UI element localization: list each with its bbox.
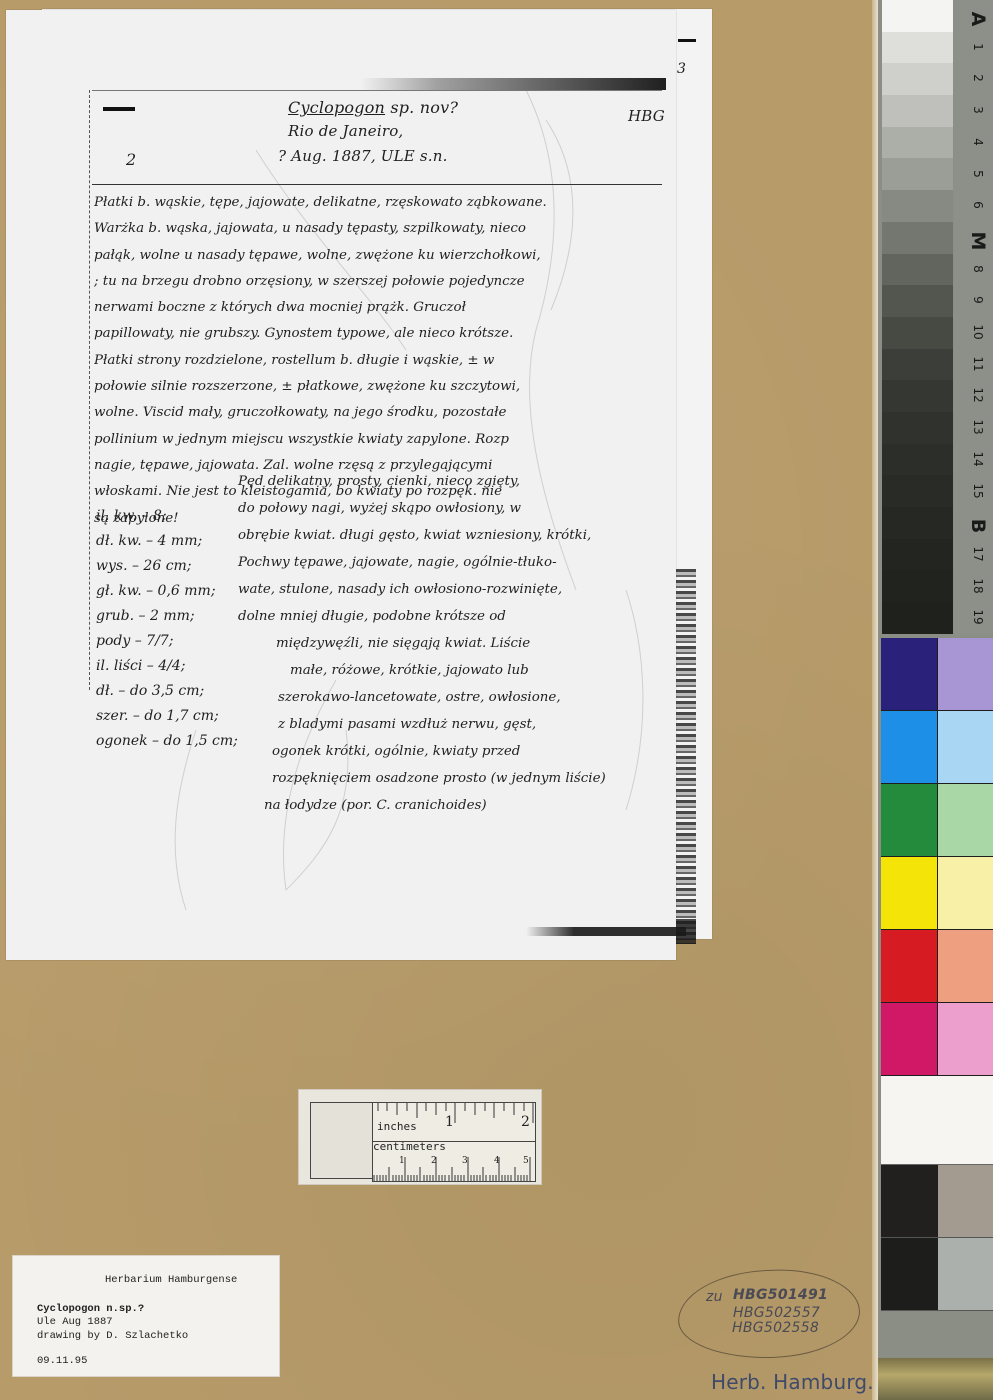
rule-line [92, 90, 662, 91]
text-line: wolne. Viscid mały, gruczołkowaty, na je… [94, 400, 679, 426]
text-line: ; tu na brzegu drobno orzęsiony, w szers… [94, 269, 679, 295]
scale-index-label: 17 [971, 542, 985, 566]
scale-index-label: 4 [971, 130, 985, 154]
measurement: il. liści – 4/4; [96, 654, 238, 679]
page-number: 2 [126, 150, 136, 169]
color-swatch [881, 1238, 938, 1310]
color-swatch [938, 711, 993, 783]
color-swatch [938, 638, 993, 710]
text-line: Pochwy tępawe, jajowate, nagie, ogólnie-… [238, 549, 678, 576]
gray-step [882, 507, 953, 539]
measurement: dł. – do 3,5 cm; [96, 679, 238, 704]
text-line: papillowaty, nie grubszy. Gynostem typow… [94, 321, 679, 347]
margin-line [89, 90, 91, 690]
color-swatch [938, 857, 993, 929]
toner-smear [361, 78, 666, 90]
inch-tick-label: 2 [521, 1114, 530, 1130]
text-line: dolne mniej długie, podobne krótsze od [238, 603, 678, 630]
gray-step [882, 570, 953, 602]
scale-index-label: 18 [971, 574, 985, 598]
swatch-row [881, 1165, 993, 1238]
text-line: małe, różowe, krótkie, jajowato lub [238, 657, 678, 684]
color-calibration-target: A123456M89101112131415B171819 [878, 0, 993, 1400]
measurement: wys. – 26 cm; [96, 554, 238, 579]
barcode-reference: HBG501491 [733, 1287, 828, 1303]
scale-index-label: 14 [971, 447, 985, 471]
scale-index-label: 8 [971, 257, 985, 281]
swatch-row [881, 1003, 993, 1076]
collection-date: ? Aug. 1887, ULE s.n. [278, 147, 448, 165]
ruler-scale: inches 1 2 centimeters 1 2 3 4 5 [372, 1102, 536, 1182]
scale-index-label: 10 [971, 320, 985, 344]
measurement: dł. kw. – 4 mm; [96, 529, 238, 554]
scale-index-label: 1 [971, 35, 985, 59]
scale-index-label: 9 [971, 288, 985, 312]
text-line: międzywęźli, nie sięgają kwiat. Liście [238, 630, 678, 657]
scale-index-label: A [967, 7, 989, 31]
species-epithet: sp. nov? [385, 98, 458, 117]
color-swatches [881, 638, 993, 1311]
color-swatch [881, 857, 938, 929]
scale-index-label: 13 [971, 415, 985, 439]
color-swatch [881, 1165, 938, 1237]
barcode-reference: HBG502558 [732, 1320, 819, 1336]
scale-index-label: 19 [971, 605, 985, 629]
gray-step [882, 475, 953, 507]
drawing-credit: drawing by D. Szlachetko [37, 1330, 188, 1342]
measurement: pody – 7/7; [96, 629, 238, 654]
collector-date: Ule Aug 1887 [37, 1316, 113, 1328]
gray-step [882, 539, 953, 571]
page-number: 3 [677, 61, 686, 77]
taxon-name: Cyclopogon n.sp.? [37, 1303, 144, 1315]
text-line: obrębie kwiat. długi gęsto, kwiat wznies… [238, 522, 678, 549]
herbarium-sheet: 3 Cyclopogon sp. nov? Rio de Janeiro, ? … [0, 0, 878, 1400]
gray-step [882, 0, 953, 32]
herbarium-label: Herbarium Hamburgense Cyclopogon n.sp.? … [12, 1255, 280, 1377]
gray-step [882, 158, 953, 190]
photocopy-page-front: Cyclopogon sp. nov? Rio de Janeiro, ? Au… [6, 10, 676, 960]
text-line: Warżka b. wąska, jajowata, u nasady tępa… [94, 216, 679, 242]
gray-step [882, 254, 953, 286]
page-mark [678, 39, 696, 42]
color-swatch [881, 1003, 938, 1075]
scale-index-label: 2 [971, 66, 985, 90]
swatch-row [881, 638, 993, 711]
gray-step [882, 317, 953, 349]
text-line: do połowy nagi, wyżej skąpo owłosiony, w [238, 495, 678, 522]
swatch-row [881, 784, 993, 857]
barcode-reference: HBG502557 [733, 1305, 820, 1321]
white-swatch [881, 1076, 993, 1165]
gray-step [882, 412, 953, 444]
color-swatch [938, 930, 993, 1002]
gray-step [882, 95, 953, 127]
rule-line [92, 184, 662, 185]
text-line: połowie silnie rozszerzone, ± płatkowe, … [94, 374, 679, 400]
measurement: grub. – 2 mm; [96, 604, 238, 629]
inch-tick-label: 1 [445, 1114, 454, 1130]
scale-index-label: 11 [971, 352, 985, 376]
page-mark [103, 107, 135, 111]
inches-label: inches [377, 1120, 417, 1133]
text-line: Płatki strony rozdzielone, rostellum b. … [94, 348, 679, 374]
text-line: nerwami boczne z których dwa mocniej prą… [94, 295, 679, 321]
text-line: z bladymi pasami wzdłuż nerwu, gęst, [238, 711, 678, 738]
gray-step [882, 602, 953, 634]
herbarium-code: HBG [628, 107, 665, 125]
gray-step [882, 349, 953, 381]
color-swatch [881, 711, 938, 783]
toner-smear [676, 569, 696, 944]
label-date: 09.11.95 [37, 1355, 87, 1367]
gray-step [882, 380, 953, 412]
scale-index-label: B [967, 514, 989, 538]
measurement: il. kw. – 8; [96, 504, 238, 529]
swatch-row [881, 930, 993, 1003]
color-swatch [938, 1003, 993, 1075]
text-line: Pęd delikatny, prosty, cienki, nieco zgi… [238, 468, 678, 495]
centimeters-label: centimeters [373, 1140, 446, 1153]
measurement: szer. – do 1,7 cm; [96, 704, 238, 729]
genus-name: Cyclopogon [288, 98, 385, 117]
scale-index-label: 5 [971, 162, 985, 186]
text-line: pałąk, wolne u nasady tępawe, wolne, zwę… [94, 243, 679, 269]
text-line: szerokawo-lancetowate, ostre, owłosione, [238, 684, 678, 711]
color-swatch [881, 930, 938, 1002]
swatch-row [881, 1238, 993, 1311]
measurement: ogonek – do 1,5 cm; [96, 729, 238, 754]
text-line: pollinium w jednym miejscu wszystkie kwi… [94, 427, 679, 453]
color-swatch [881, 638, 938, 710]
scale-index-label: M [967, 229, 989, 253]
gray-step [882, 222, 953, 254]
gray-step [882, 32, 953, 64]
grayscale-strip [882, 0, 953, 635]
gray-step [882, 190, 953, 222]
swatch-row [881, 857, 993, 930]
cm-ticks [373, 1155, 535, 1181]
color-swatch [938, 1238, 993, 1310]
text-line: rozpęknięciem osadzone prosto (w jednym … [238, 765, 678, 792]
gray-step [882, 127, 953, 159]
measurements-list: il. kw. – 8; dł. kw. – 4 mm; wys. – 26 c… [96, 504, 238, 754]
text-line: Płatki b. wąskie, tępe, jajowate, delika… [94, 190, 679, 216]
annotation-prefix: zu [706, 1289, 723, 1305]
gray-step [882, 444, 953, 476]
text-line: wate, stulone, nasady ich owłosiono-rozw… [238, 576, 678, 603]
scale-index-label: 3 [971, 98, 985, 122]
description-column: Pęd delikatny, prosty, cienki, nieco zgi… [238, 468, 678, 819]
color-swatch [938, 1165, 993, 1237]
scale-index-label: 15 [971, 479, 985, 503]
locality: Rio de Janeiro, [288, 122, 403, 140]
text-line: na łodydze (por. C. cranichoides) [238, 792, 678, 819]
text-line: ogonek krótki, ogólnie, kwiaty przed [238, 738, 678, 765]
scale-index-label: 12 [971, 383, 985, 407]
institution-name: Herbarium Hamburgense [105, 1274, 237, 1286]
measurement: gł. kw. – 0,6 mm; [96, 579, 238, 604]
species-title: Cyclopogon sp. nov? [288, 98, 458, 117]
color-swatch [881, 784, 938, 856]
swatch-row [881, 711, 993, 784]
gray-step [882, 285, 953, 317]
gray-step [882, 63, 953, 95]
scale-ruler: inches 1 2 centimeters 1 2 3 4 5 [298, 1089, 542, 1185]
ruler-blank-box [310, 1102, 373, 1179]
toner-smear [526, 927, 686, 936]
grayscale-index-labels: A123456M89101112131415B171819 [954, 0, 993, 635]
scale-index-label: 6 [971, 193, 985, 217]
herbarium-stamp: Herb. Hamburg. [711, 1370, 874, 1394]
color-swatch [938, 784, 993, 856]
target-edge [878, 1358, 993, 1400]
